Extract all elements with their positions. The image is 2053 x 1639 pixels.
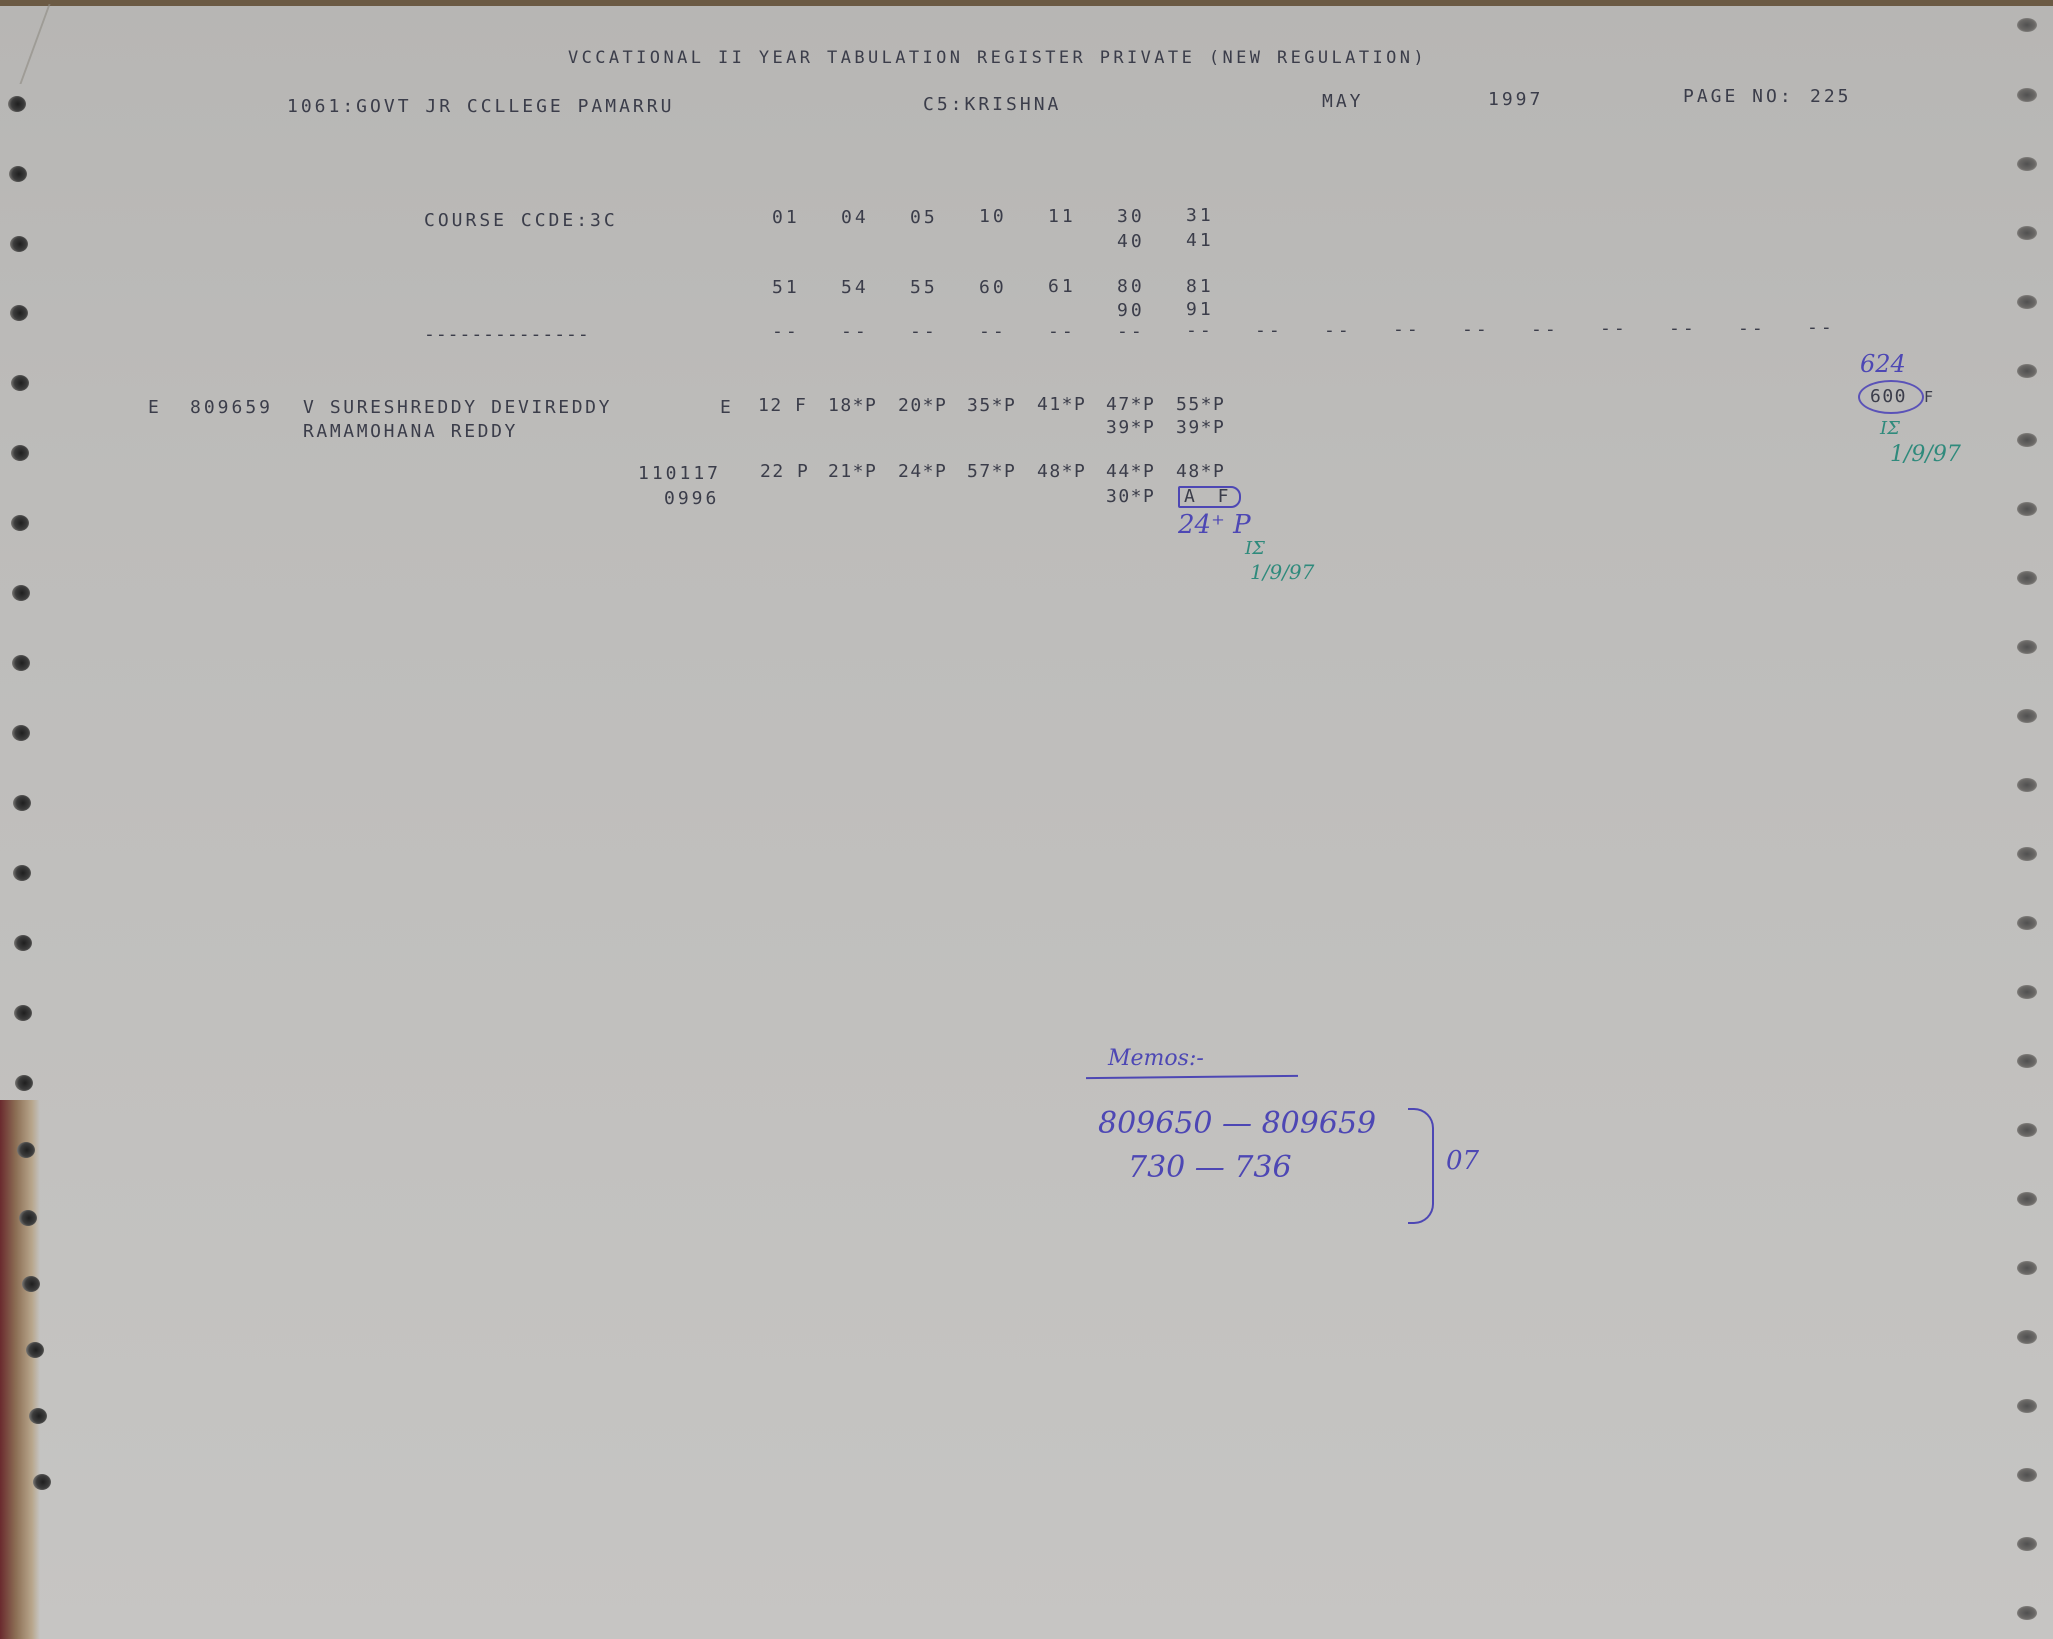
sprocket-hole [11, 515, 29, 531]
subject-code: 60 [979, 279, 1007, 297]
student-name-line2: RAMAMOHANA REDDY [303, 423, 518, 441]
sprocket-hole [29, 1408, 47, 1424]
sprocket-hole [9, 166, 27, 182]
separator-dash: -- [772, 323, 800, 341]
mark-cell: 48*P [1176, 463, 1225, 481]
separator-dash: -- [910, 323, 938, 341]
sprocket-hole [2017, 364, 2037, 378]
sprocket-hole [2017, 709, 2037, 723]
sprocket-hole [2017, 1468, 2037, 1482]
subject-code: 05 [910, 209, 938, 227]
separator-dash: -- [1186, 322, 1214, 340]
page-top-edge [0, 0, 2053, 6]
subject-code-sub: 90 [1117, 302, 1145, 320]
separator-dash: -- [1048, 323, 1076, 341]
mark-cell: 39*P [1106, 419, 1155, 437]
record-code-line2: 0996 [664, 490, 719, 508]
sprocket-hole [2017, 985, 2037, 999]
subject-code-sub: 91 [1186, 301, 1214, 319]
separator-dash: -- [1738, 320, 1766, 338]
sprocket-hole [2017, 1606, 2037, 1620]
sprocket-hole [2017, 640, 2037, 654]
mark-cell: 12 F [758, 397, 807, 415]
separator-dash: -- [841, 323, 869, 341]
mark-cell: 41*P [1037, 396, 1086, 414]
memo-heading: Memos:- [1108, 1046, 1204, 1071]
subject-code: 81 [1186, 278, 1214, 296]
mark-cell: 21*P [828, 463, 877, 481]
subject-code: 10 [979, 208, 1007, 226]
sprocket-hole [2017, 88, 2037, 102]
mark-cell: 35*P [967, 397, 1016, 415]
mark-cell: 20*P [898, 397, 947, 415]
boxed-absent-fail-mark: A F [1178, 486, 1241, 508]
sprocket-hole [2017, 571, 2037, 585]
page-number-label: PAGE NO: [1683, 88, 1794, 106]
subject-code: 61 [1048, 278, 1076, 296]
separator-dash: -- [1117, 323, 1145, 341]
medium: E [720, 399, 734, 417]
sprocket-hole [19, 1210, 37, 1226]
sprocket-hole [26, 1342, 44, 1358]
mark-cell: 44*P [1106, 463, 1155, 481]
separator-label: -------------- [424, 326, 590, 344]
separator-dash: -- [979, 323, 1007, 341]
subject-code: 51 [772, 279, 800, 297]
sprocket-hole [2017, 1261, 2037, 1275]
result-status: F [1924, 390, 1936, 405]
hall-ticket-number: 809659 [190, 399, 273, 417]
mark-cell: 57*P [967, 463, 1016, 481]
sprocket-hole [2017, 916, 2037, 930]
binder-edge [0, 1100, 40, 1639]
sprocket-hole [2017, 157, 2037, 171]
separator-dash: -- [1393, 321, 1421, 339]
student-name-line1: V SURESHREDDY DEVIREDDY [303, 399, 612, 417]
memo-range-1: 809650 — 809659 [1098, 1106, 1376, 1141]
sprocket-hole [12, 655, 30, 671]
separator-dash: -- [1255, 322, 1283, 340]
sprocket-hole [2017, 1054, 2037, 1068]
sprocket-hole [14, 935, 32, 951]
sprocket-hole [15, 1075, 33, 1091]
separator-dash: -- [1324, 322, 1352, 340]
sprocket-hole [2017, 1330, 2037, 1344]
mark-cell: 47*P [1106, 396, 1155, 414]
sprocket-hole [2017, 18, 2037, 32]
sprocket-hole [10, 236, 28, 252]
sprocket-hole [2017, 1399, 2037, 1413]
register-title: VCCATIONAL II YEAR TABULATION REGISTER P… [568, 50, 1427, 67]
subject-code: 55 [910, 279, 938, 297]
district-name: C5:KRISHNA [923, 96, 1061, 114]
page-number: 225 [1810, 88, 1852, 106]
separator-dash: -- [1462, 321, 1490, 339]
sprocket-hole [2017, 295, 2037, 309]
mark-cell: 55*P [1176, 396, 1225, 414]
subject-code: 80 [1117, 278, 1145, 296]
sprocket-hole [12, 585, 30, 601]
exam-month: MAY [1322, 93, 1364, 111]
sprocket-hole [14, 1005, 32, 1021]
subject-code: 11 [1048, 208, 1076, 226]
separator-dash: -- [1531, 321, 1559, 339]
sprocket-hole [10, 305, 28, 321]
correction-mark: 24⁺ P [1178, 510, 1251, 540]
sprocket-hole [8, 96, 26, 112]
sprocket-hole [2017, 433, 2037, 447]
sprocket-hole [13, 865, 31, 881]
sprocket-hole [2017, 226, 2037, 240]
mark-cell: 48*P [1037, 463, 1086, 481]
sprocket-hole [2017, 1192, 2037, 1206]
subject-code: 31 [1186, 207, 1214, 225]
record-code-line1: 110117 [638, 465, 721, 483]
college-name: 1061:GOVT JR CCLLEGE PAMARRU [287, 98, 674, 116]
mark-cell: 22 P [760, 463, 809, 481]
correction-date: 1/9/97 [1250, 560, 1314, 584]
subject-code: 01 [772, 209, 800, 227]
sprocket-hole [2017, 502, 2037, 516]
separator-dash: -- [1669, 320, 1697, 338]
course-code-label: COURSE CCDE:3C [424, 212, 618, 230]
total-circled-mark [1858, 380, 1924, 414]
exam-year: 1997 [1488, 91, 1543, 109]
subject-code-sub: 40 [1117, 233, 1145, 251]
sprocket-hole [17, 1142, 35, 1158]
sprocket-hole [11, 375, 29, 391]
subject-code: 04 [841, 209, 869, 227]
subject-code: 30 [1117, 208, 1145, 226]
mark-cell: 18*P [828, 397, 877, 415]
sprocket-hole [2017, 1537, 2037, 1551]
separator-dash: -- [1807, 319, 1835, 337]
sprocket-hole [2017, 847, 2037, 861]
mark-cell: 24*P [898, 463, 947, 481]
sprocket-hole [11, 445, 29, 461]
memo-range-2: 730 — 736 [1128, 1150, 1292, 1185]
sprocket-hole [2017, 778, 2037, 792]
subject-code: 54 [841, 279, 869, 297]
correction-initials: IΣ [1245, 538, 1265, 559]
memo-brace [1408, 1108, 1434, 1224]
memo-count: 07 [1446, 1146, 1479, 1176]
revised-total: 624 [1860, 350, 1906, 378]
corner-fold [0, 4, 51, 84]
sprocket-hole [12, 725, 30, 741]
mark-cell: 39*P [1176, 419, 1225, 437]
subject-code-sub: 41 [1186, 232, 1214, 250]
sprocket-hole [22, 1276, 40, 1292]
memo-heading-underline [1086, 1075, 1298, 1079]
sprocket-hole [33, 1474, 51, 1490]
record-category: E [148, 399, 162, 417]
sprocket-hole [2017, 1123, 2037, 1137]
total-date: 1/9/97 [1890, 442, 1961, 467]
total-initials: IΣ [1880, 418, 1900, 439]
mark-cell: 30*P [1106, 488, 1155, 506]
tabulation-register-page: VCCATIONAL II YEAR TABULATION REGISTER P… [0, 0, 2053, 1639]
separator-dash: -- [1600, 320, 1628, 338]
sprocket-hole [13, 795, 31, 811]
